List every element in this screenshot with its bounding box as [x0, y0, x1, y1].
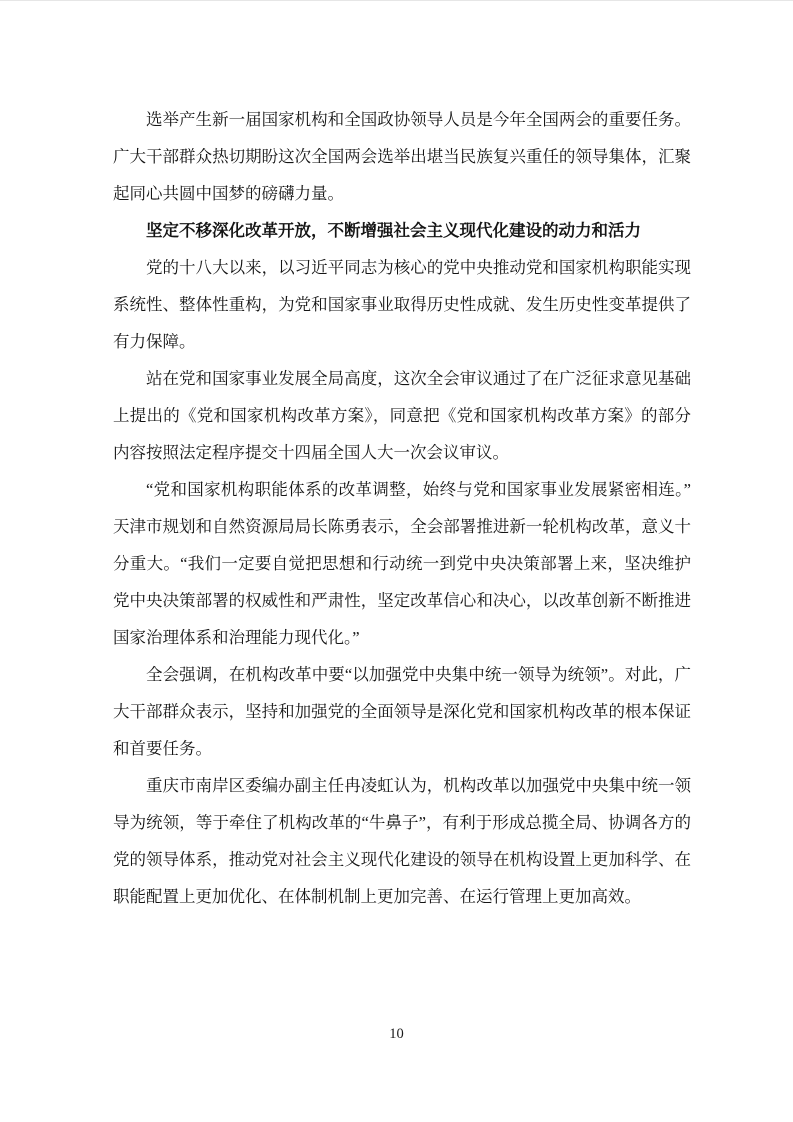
section-heading: 坚定不移深化改革开放，不断增强社会主义现代化建设的动力和活力: [113, 212, 691, 249]
paragraph: 全会强调，在机构改革中要“以加强党中央集中统一领导为统领”。对此，广大干部群众表…: [113, 656, 691, 767]
paragraph: 站在党和国家事业发展全局高度，这次全会审议通过了在广泛征求意见基础上提出的《党和…: [113, 360, 691, 471]
document-body: 选举产生新一届国家机构和全国政协领导人员是今年全国两会的重要任务。广大干部群众热…: [113, 101, 691, 915]
paragraph: “党和国家机构职能体系的改革调整，始终与党和国家事业发展紧密相连。”天津市规划和…: [113, 471, 691, 656]
paragraph: 重庆市南岸区委编办副主任冉凌虹认为，机构改革以加强党中央集中统一领导为统领，等于…: [113, 767, 691, 915]
page-number: 10: [0, 1025, 793, 1043]
document-page: 选举产生新一届国家机构和全国政协领导人员是今年全国两会的重要任务。广大干部群众热…: [0, 0, 793, 1122]
paragraph: 党的十八大以来，以习近平同志为核心的党中央推动党和国家机构职能实现系统性、整体性…: [113, 249, 691, 360]
paragraph: 选举产生新一届国家机构和全国政协领导人员是今年全国两会的重要任务。广大干部群众热…: [113, 101, 691, 212]
